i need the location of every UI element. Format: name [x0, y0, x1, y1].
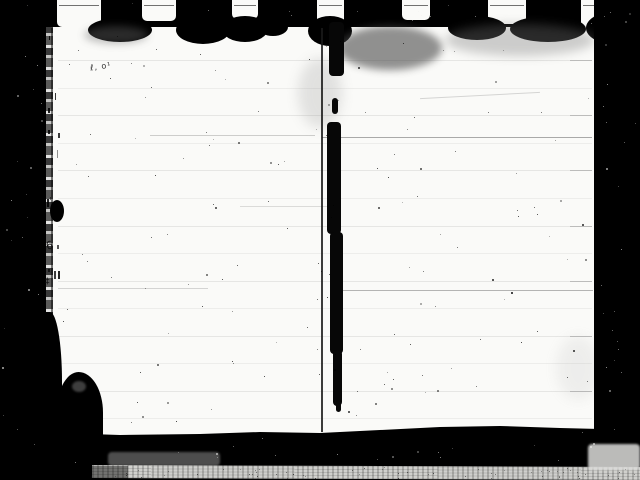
speck [255, 470, 256, 471]
film-edge-line [319, 5, 342, 6]
speck [593, 443, 595, 445]
speck [537, 214, 538, 215]
speck [375, 403, 377, 405]
speck [137, 402, 138, 403]
speck [211, 409, 212, 410]
speck [156, 49, 157, 50]
speck [132, 3, 133, 4]
speck [605, 44, 607, 46]
speck [612, 330, 613, 331]
speck [131, 422, 132, 423]
speck [87, 261, 88, 262]
speck [115, 476, 116, 477]
speck [588, 98, 589, 99]
edge-tick [48, 108, 49, 113]
speck [398, 473, 399, 474]
speck [392, 456, 394, 458]
speck [257, 476, 258, 477]
speck [418, 11, 419, 12]
speck [547, 470, 548, 471]
speck [511, 292, 513, 294]
speck [276, 474, 277, 475]
speck [410, 344, 411, 345]
binding-streak [329, 22, 344, 76]
speck [315, 478, 316, 479]
speck [238, 142, 240, 144]
speck [618, 478, 619, 479]
speck [560, 200, 562, 202]
speck [138, 470, 139, 471]
binding-streak [332, 98, 338, 114]
speck [342, 14, 343, 15]
speck [567, 377, 568, 378]
ruled-line [58, 418, 592, 419]
binding-streak [336, 400, 341, 412]
speck [145, 288, 146, 289]
binding-streak [333, 350, 342, 406]
speck [541, 471, 542, 472]
binding-streak [330, 232, 343, 354]
speck [590, 446, 592, 448]
center-gutter-line [321, 28, 323, 432]
film-edge-line [144, 5, 174, 6]
speck [76, 164, 77, 165]
speck [394, 334, 395, 335]
speck [284, 161, 285, 162]
speck [69, 64, 70, 65]
line-tick [570, 60, 592, 61]
ruled-line [58, 198, 592, 199]
speck [202, 306, 203, 307]
speck [27, 217, 28, 218]
speck [454, 51, 455, 52]
speck [573, 350, 575, 352]
top-notch-tab [402, 0, 430, 20]
speck [17, 95, 19, 97]
ruled-line [58, 308, 592, 309]
speck [168, 471, 169, 472]
scratch-line [150, 135, 315, 136]
speck [197, 474, 198, 475]
thumb-highlight [72, 381, 86, 392]
speck [591, 23, 592, 24]
speck [38, 294, 39, 295]
speck [67, 309, 68, 310]
speck [223, 469, 224, 470]
speck [504, 470, 505, 471]
speck [256, 472, 257, 473]
speck [264, 376, 265, 377]
speck [603, 106, 604, 107]
edge-tick [54, 271, 56, 279]
speck [625, 21, 627, 23]
left-edge-ink-blob [50, 200, 64, 222]
speck [262, 438, 263, 439]
speck [217, 457, 218, 458]
speck [457, 247, 458, 248]
speck [22, 237, 23, 238]
speck [387, 372, 388, 373]
speck [430, 16, 431, 17]
ruled-line [58, 170, 592, 171]
film-edge-line [59, 5, 99, 6]
speck [267, 82, 269, 84]
speck [455, 151, 456, 152]
line-tick [570, 226, 592, 227]
line-tick [570, 281, 592, 282]
speck [157, 364, 159, 366]
speck [407, 129, 408, 130]
speck [41, 103, 42, 104]
speck [425, 392, 426, 393]
scratch-line [58, 288, 208, 289]
speck [309, 59, 310, 60]
bottom-gray-speckle-blob [108, 452, 220, 466]
bottom-band-dim-patch [92, 466, 128, 479]
speck [407, 472, 408, 473]
speck [278, 164, 279, 165]
speck [465, 476, 466, 477]
line-tick [570, 115, 592, 116]
speck [141, 477, 142, 478]
speck [3, 415, 4, 416]
speck [41, 120, 43, 122]
edge-bump [258, 18, 288, 36]
edge-tick [49, 321, 51, 330]
speck [287, 478, 288, 479]
edge-tick [49, 36, 50, 40]
gray-smudge [338, 26, 442, 70]
speck [334, 369, 336, 371]
speck [492, 279, 494, 281]
speck [422, 375, 423, 376]
speck [625, 469, 626, 470]
speck [582, 224, 584, 226]
edge-tick [57, 245, 58, 249]
edge-tick [57, 150, 58, 158]
ruled-line [58, 363, 592, 364]
speck [140, 372, 141, 373]
ruled-line [58, 391, 592, 392]
film-right-border [594, 0, 640, 480]
speck [378, 207, 380, 209]
ruled-line [58, 281, 592, 282]
line-tick [570, 170, 592, 171]
speck [578, 476, 579, 477]
speck [352, 470, 353, 471]
speck [542, 476, 543, 477]
top-notch-tab [142, 0, 176, 21]
bottom-right-white-blob [588, 444, 640, 470]
edge-tick [48, 130, 50, 134]
speck [437, 390, 439, 392]
speck [90, 134, 91, 135]
speck [585, 259, 587, 261]
speck [621, 249, 622, 250]
speck [585, 474, 586, 475]
speck [126, 475, 127, 476]
speck [337, 454, 338, 455]
speck [143, 65, 145, 67]
edge-tick [50, 197, 52, 200]
speck [329, 274, 330, 275]
speck [232, 311, 233, 312]
speck [6, 229, 8, 231]
edge-tick [55, 93, 56, 100]
film-edge-line [404, 5, 428, 6]
speck [428, 474, 429, 475]
speck [2, 367, 4, 369]
speck [448, 5, 449, 6]
speck [398, 478, 399, 479]
speck [63, 321, 64, 322]
gray-smudge [445, 24, 595, 56]
speck [609, 390, 611, 392]
speck [488, 112, 489, 113]
bottom-film-speckle-band [92, 465, 640, 480]
margin-cross-mark: ‡ [45, 277, 50, 287]
scanned-ledger-frame: ℓ, o¹ 6 ‡ [0, 0, 640, 480]
speck [287, 228, 288, 229]
film-edge-line [490, 5, 524, 6]
speck [606, 367, 607, 368]
speck [629, 13, 631, 15]
ruled-line [58, 336, 592, 337]
edge-tick [47, 199, 49, 207]
ruled-line [58, 143, 592, 144]
speck [570, 470, 571, 471]
speck [587, 381, 588, 382]
speck [340, 41, 341, 42]
ruled-line [58, 253, 592, 254]
scratch-line [240, 206, 330, 207]
edge-tick [53, 330, 55, 338]
speck [335, 354, 336, 355]
speck [249, 474, 250, 475]
gray-smudge [84, 26, 148, 44]
speck [258, 111, 259, 112]
ruled-line [58, 226, 592, 227]
edge-tick [58, 133, 60, 138]
binding-streak [327, 122, 341, 234]
speck [127, 474, 128, 475]
scratch-line [322, 137, 592, 138]
speck [517, 210, 518, 211]
speck [440, 234, 441, 235]
speck [549, 236, 550, 237]
speck [213, 204, 214, 205]
speck [213, 139, 214, 140]
speck [494, 2, 495, 3]
film-edge-line [234, 5, 256, 6]
edge-tick [48, 269, 49, 272]
scratch-line [335, 290, 593, 291]
speck [33, 89, 34, 90]
speck [110, 78, 111, 79]
edge-tick [58, 271, 60, 279]
speck [317, 299, 318, 300]
